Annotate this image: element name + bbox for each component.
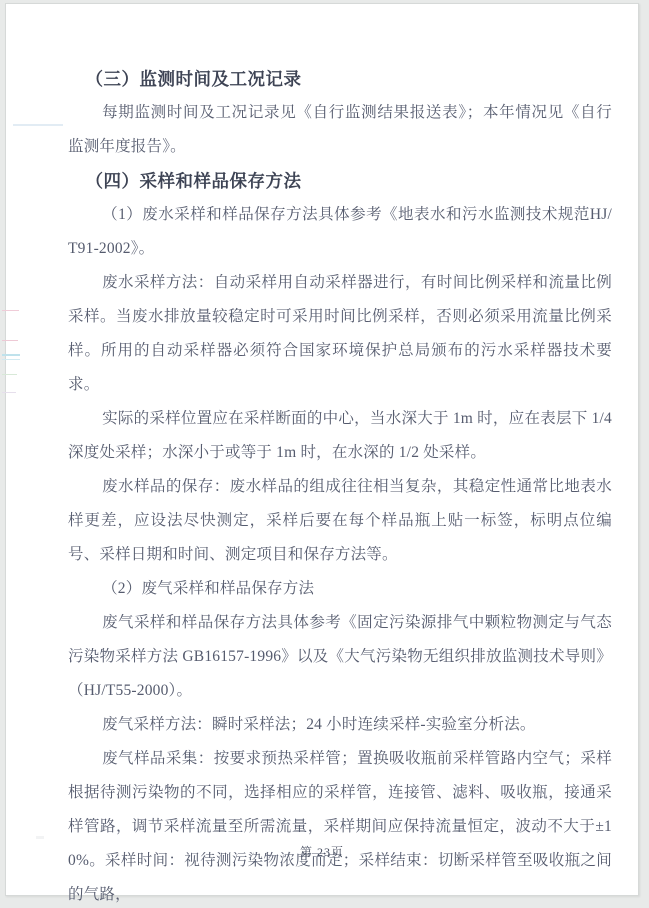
paragraph-gas-reference: 废气采样和样品保存方法具体参考《固定污染源排气中颗粒物测定与气态污染物采样方法 …: [68, 606, 612, 708]
paragraph-monitoring-records: 每期监测时间及工况记录见《自行监测结果报送表》；本年情况见《自行监测年度报告》。: [68, 96, 612, 164]
scan-artifact-smudge: [36, 836, 44, 839]
page-number-footer: 第 23页: [6, 843, 638, 860]
paragraph-gas-sample-collection: 废气样品采集：按要求预热采样管；置换吸收瓶前采样管路内空气；采样根据待测污染物的…: [68, 742, 612, 908]
paragraph-wastewater-sample-storage: 废水样品的保存：废水样品的组成往往相当复杂，其稳定性通常比地表水样更差，应设法尽…: [68, 470, 612, 572]
paragraph-wastewater-reference: （1）废水采样和样品保存方法具体参考《地表水和污水监测技术规范HJ/T91-20…: [68, 198, 612, 266]
section-heading-4: （四）采样和样品保存方法: [68, 164, 612, 198]
section-heading-3: （三）监测时间及工况记录: [68, 62, 612, 96]
paragraph-wastewater-sampling-method: 废水采样方法：自动采样用自动采样器进行，有时间比例采样和流量比例采样。当废水排放…: [68, 266, 612, 402]
paragraph-gas-sampling-method: 废气采样方法：瞬时采样法；24 小时连续采样-实验室分析法。: [68, 708, 612, 742]
document-page: （三）监测时间及工况记录 每期监测时间及工况记录见《自行监测结果报送表》；本年情…: [5, 3, 639, 896]
screenshot-root: { "document": { "blocks": [ { "type": "h…: [0, 0, 649, 908]
page-body-text: （三）监测时间及工况记录 每期监测时间及工况记录见《自行监测结果报送表》；本年情…: [68, 62, 612, 908]
paragraph-sampling-position: 实际的采样位置应在采样断面的中心，当水深大于 1m 时，应在表层下 1/4 深度…: [68, 402, 612, 470]
scan-artifact-line: [13, 124, 63, 126]
paragraph-gas-subheading: （2）废气采样和样品保存方法: [68, 572, 612, 606]
